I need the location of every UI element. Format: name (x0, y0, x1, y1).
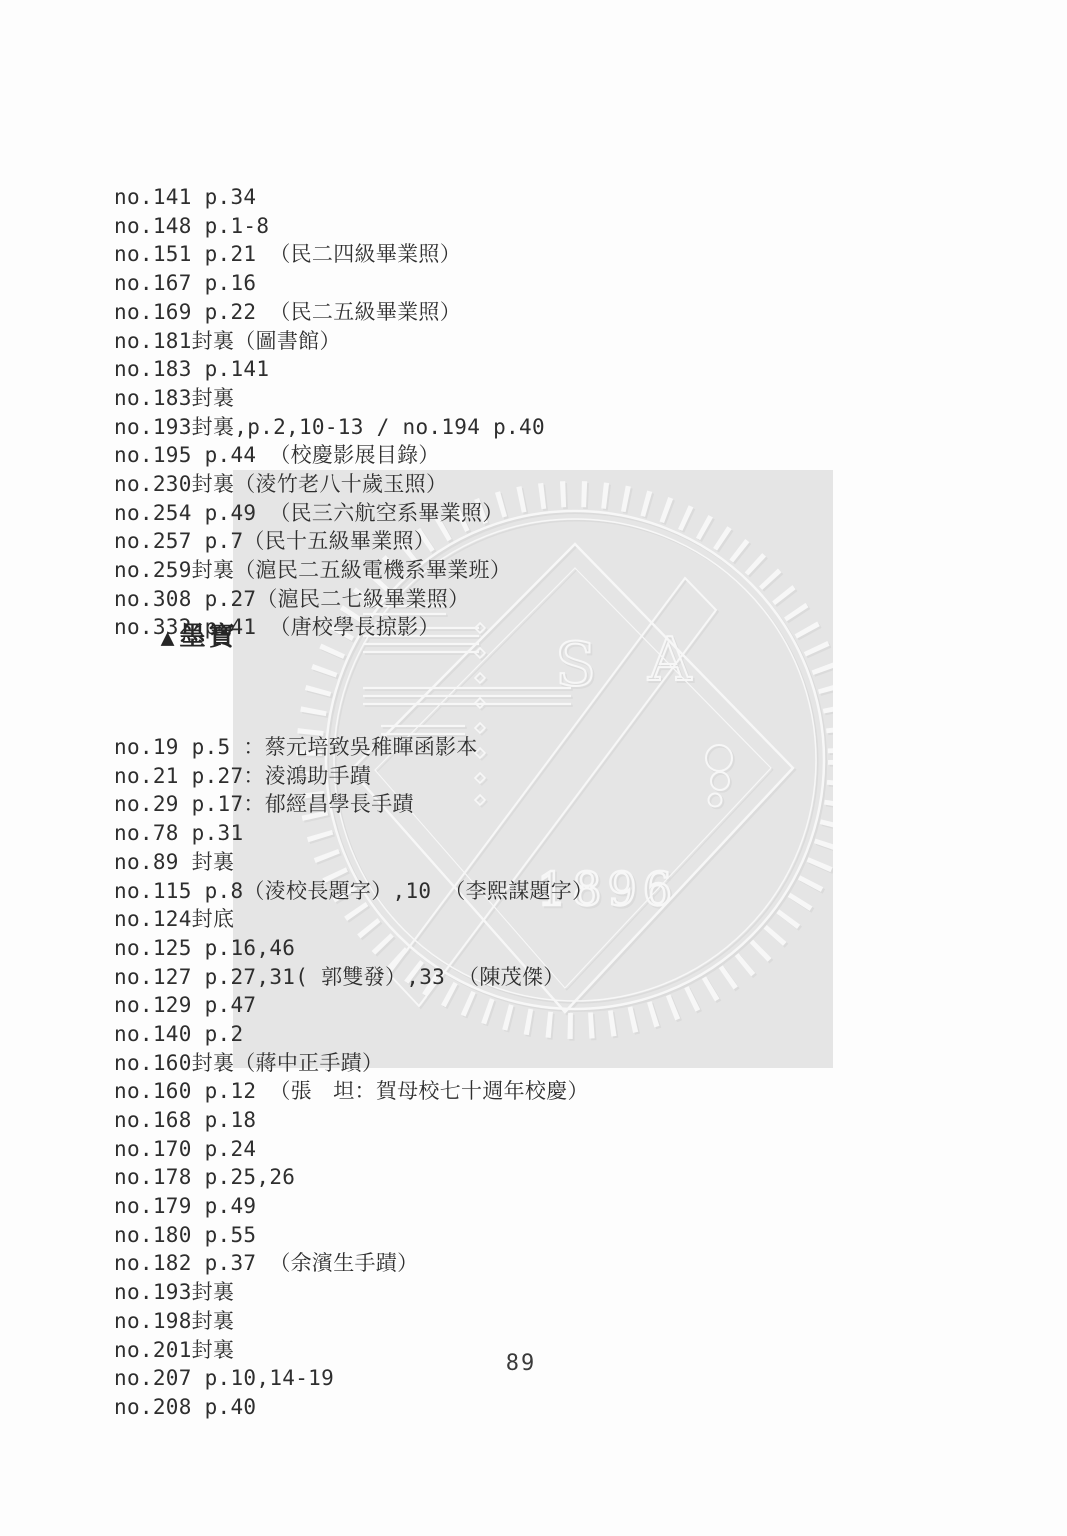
index-entry: no.230封裏（淩竹老八十歲玉照） (114, 470, 545, 499)
index-entry: no.151 p.21 （民二四級畢業照） (114, 240, 545, 269)
index-entry: no.178 p.25,26 (114, 1163, 593, 1192)
index-entry: no.193封裏 (114, 1278, 593, 1307)
index-entry: no.19 p.5 ：蔡元培致吳稚暉函影本 (114, 733, 593, 762)
photo-index-list: no.141 p.34no.148 p.1-8no.151 p.21 （民二四級… (114, 97, 545, 642)
index-entry: no.167 p.16 (114, 269, 545, 298)
index-entry: no.169 p.22 （民二五級畢業照） (114, 298, 545, 327)
index-entry: no.179 p.49 (114, 1192, 593, 1221)
index-entry: no.148 p.1-8 (114, 212, 545, 241)
index-entry: no.181封裏（圖書館） (114, 327, 545, 356)
scanned-page: S A 1896 no.141 p.34no.148 p.1-8no.151 p… (0, 0, 1067, 1536)
index-entry: no.125 p.16,46 (114, 934, 593, 963)
index-entry: no.182 p.37 （余濱生手蹟） (114, 1249, 593, 1278)
index-entry: no.198封裏 (114, 1307, 593, 1336)
index-entry: no.160 p.12 （張 坦：賀母校七十週年校慶） (114, 1077, 593, 1106)
index-entry: no.140 p.2 (114, 1020, 593, 1049)
index-entry: no.124封底 (114, 905, 593, 934)
index-entry: no.257 p.7（民十五級畢業照） (114, 527, 545, 556)
index-entry: no.254 p.49 （民三六航空系畢業照） (114, 499, 545, 528)
page-number: 89 (491, 1351, 551, 1376)
index-entry: no.193封裏,p.2,10-13 / no.194 p.40 (114, 413, 545, 442)
index-entry: no.127 p.27,31( 郭雙發）,33 （陳茂傑） (114, 963, 593, 992)
index-entry: no.195 p.44 （校慶影展目錄） (114, 441, 545, 470)
ink-treasures-index-list: no.19 p.5 ：蔡元培致吳稚暉函影本no.21 p.27：淩鴻助手蹟no.… (114, 647, 593, 1422)
index-entry: no.29 p.17：郁經昌學長手蹟 (114, 790, 593, 819)
index-entry: no.89 封裏 (114, 848, 593, 877)
index-entry: no.208 p.40 (114, 1393, 593, 1422)
index-entry: no.141 p.34 (114, 183, 545, 212)
index-entry: no.183封裏 (114, 384, 545, 413)
index-entry: no.170 p.24 (114, 1135, 593, 1164)
index-entry: no.259封裏（滬民二五級電機系畢業班） (114, 556, 545, 585)
index-entry: no.168 p.18 (114, 1106, 593, 1135)
index-entry: no.129 p.47 (114, 991, 593, 1020)
index-entry: no.180 p.55 (114, 1221, 593, 1250)
index-entry: no.78 p.31 (114, 819, 593, 848)
index-entry: no.160封裏（蔣中正手蹟） (114, 1049, 593, 1078)
index-entry: no.21 p.27：淩鴻助手蹟 (114, 762, 593, 791)
index-entry: no.183 p.141 (114, 355, 545, 384)
index-entry: no.115 p.8（淩校長題字）,10 （李熙謀題字） (114, 877, 593, 906)
